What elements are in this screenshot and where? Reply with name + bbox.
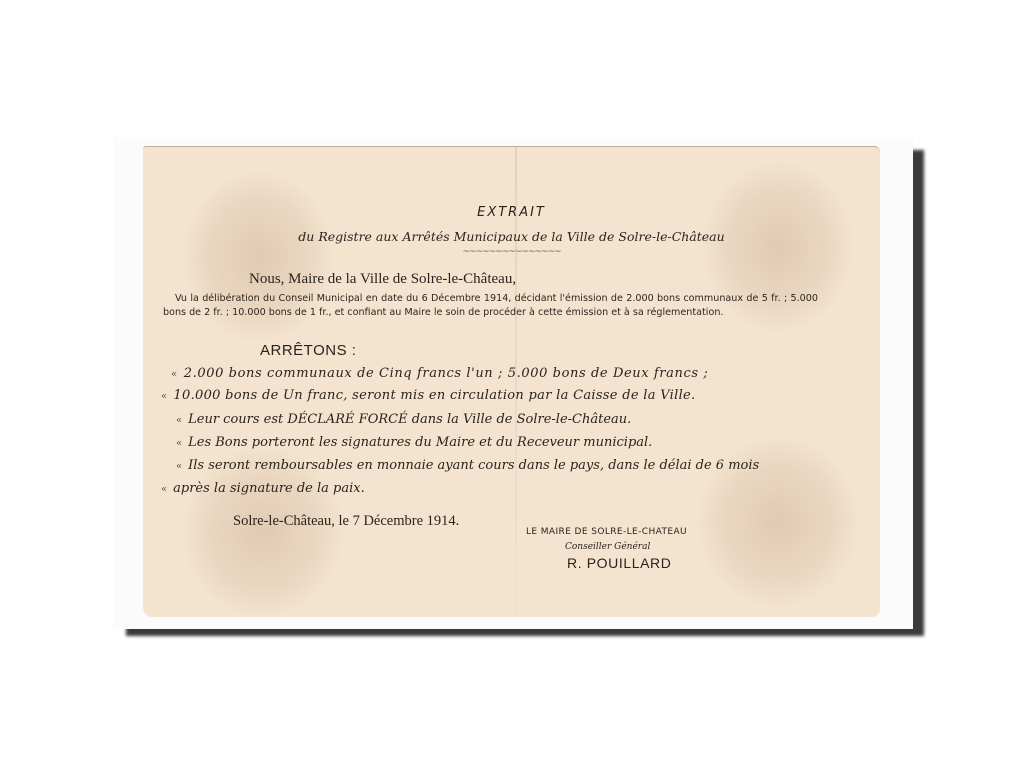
decree-heading: ARRÊTONS : [260, 342, 356, 359]
article-line: «Leur cours est DÉCLARÉ FORCÉ dans la Vi… [176, 412, 631, 427]
quote-mark: « [161, 391, 167, 402]
article-line: «Ils seront remboursables en monnaie aya… [176, 458, 759, 473]
document-title: EXTRAIT [143, 205, 880, 220]
opening-line: Nous, Maire de la Ville de Solre-le-Chât… [249, 271, 516, 288]
ornamental-divider: ~~~~~~~~~~~~~~~ [143, 247, 880, 257]
article-line: «2.000 bons communaux de Cinq francs l'u… [171, 366, 708, 381]
signatory-name: R. POUILLARD [567, 555, 671, 571]
quote-mark: « [176, 461, 182, 472]
signatory-role: Conseiller Général [565, 542, 650, 552]
article-line: «Les Bons porteront les signatures du Ma… [176, 435, 652, 450]
quote-mark: « [176, 438, 182, 449]
document-subtitle: du Registre aux Arrêtés Municipaux de la… [143, 229, 880, 244]
signatory-title: LE MAIRE DE SOLRE-LE-CHATEAU [526, 527, 687, 537]
article-line: «après la signature de la paix. [161, 481, 365, 496]
preamble: Vu la délibération du Conseil Municipal … [163, 292, 818, 320]
quote-mark: « [161, 484, 167, 495]
stage: EXTRAIT du Registre aux Arrêtés Municipa… [0, 0, 1024, 768]
place-and-date: Solre-le-Château, le 7 Décembre 1914. [233, 513, 459, 530]
article-line: «10.000 bons de Un franc, seront mis en … [161, 388, 695, 403]
quote-mark: « [176, 415, 182, 426]
quote-mark: « [171, 369, 178, 380]
banknote-reverse: EXTRAIT du Registre aux Arrêtés Municipa… [143, 146, 880, 617]
